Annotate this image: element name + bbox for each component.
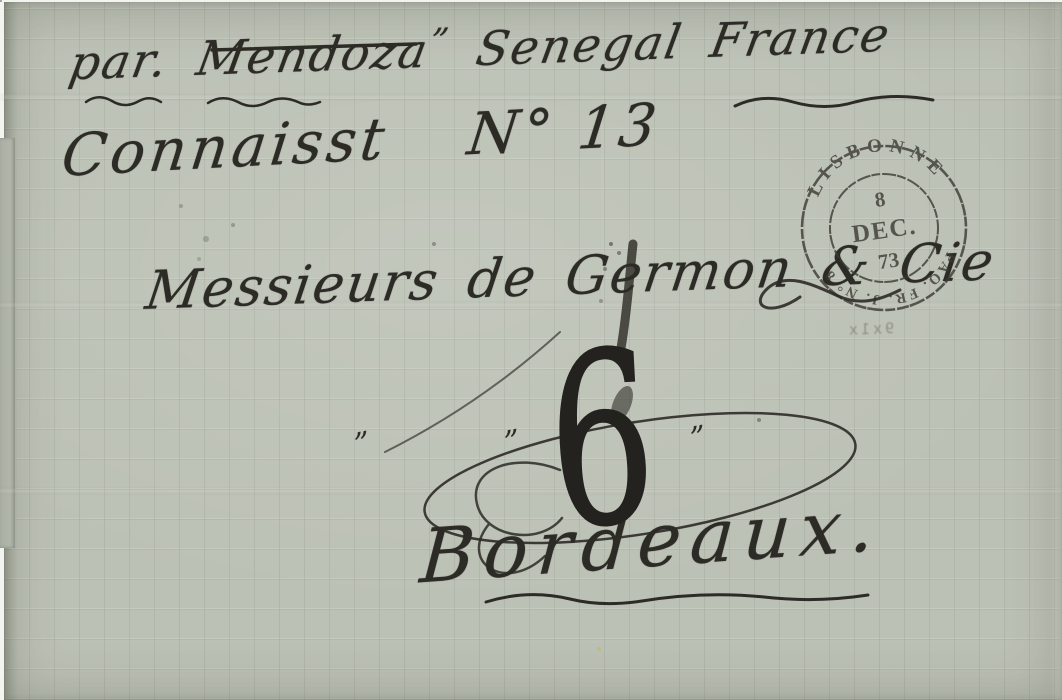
postmark-lisbonne: LISBONNE PAQ. FR. J. N° 8 8 DEC. 73: [790, 124, 977, 320]
flourish-loops: [476, 463, 562, 574]
tax-marking-glyph: 6: [542, 300, 661, 580]
postmark-year: 73: [877, 247, 901, 274]
scanned-letter-photo: par. Mendoza” Senegal France Connaisst N…: [0, 0, 1062, 700]
underline-stroke: [86, 97, 161, 105]
postmark-month: DEC.: [850, 213, 918, 249]
postmark-day: 8: [873, 187, 887, 212]
underline-stroke: [208, 98, 320, 106]
underline-stroke: [735, 96, 933, 106]
ink-strokes-layer: 6 LISBONNE PAQ. FR. J. N° 8 8 DEC. 73: [0, 0, 1062, 700]
flourish-tail-stroke: [385, 332, 560, 452]
tax-marking-6: 6: [542, 300, 661, 580]
strikethrough-stroke: [212, 44, 416, 50]
underline-stroke: [486, 595, 868, 604]
